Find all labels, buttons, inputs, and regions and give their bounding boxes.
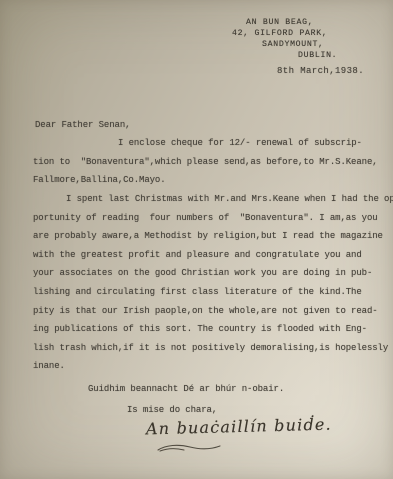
- letter-line: ing publications of this sort. The count…: [33, 324, 367, 335]
- signature-flourish: [156, 443, 222, 453]
- letter-line: portunity of reading four numbers of "Bo…: [33, 213, 378, 224]
- salutation: Dear Father Senan,: [35, 120, 130, 131]
- letter-line: are probably aware,a Methodist by religi…: [33, 231, 383, 242]
- letterhead-line: DUBLIN.: [298, 50, 337, 61]
- signature: An buaċaillín buiḋe.: [146, 416, 332, 439]
- letter-photo: AN BUN BEAG, 42, GILFORD PARK, SANDYMOUN…: [0, 0, 393, 479]
- letterhead-line: SANDYMOUNT,: [262, 39, 324, 50]
- letter-line: lishing and circulating first class lite…: [33, 287, 362, 298]
- letter-line: lish trash which,if it is not positively…: [33, 343, 388, 354]
- closing-blessing: Guidhim beannacht Dé ar bhúr n-obair.: [88, 384, 284, 395]
- letter-line: I enclose cheque for 12/- renewal of sub…: [118, 138, 362, 149]
- letter-line: tion to "Bonaventura",which please send,…: [33, 157, 378, 168]
- letter-date: 8th March,1938.: [277, 66, 364, 77]
- letterhead-line: AN BUN BEAG,: [246, 17, 313, 28]
- letter-line: inane.: [33, 361, 65, 372]
- letter-line: with the greatest profit and pleasure an…: [33, 250, 362, 261]
- letterhead-line: 42, GILFORD PARK,: [232, 28, 327, 39]
- letter-line: pity is that our Irish paople,on the who…: [33, 306, 378, 317]
- letter-line: Fallmore,Ballina,Co.Mayo.: [33, 175, 166, 186]
- closing-valediction: Is mise do chara,: [127, 405, 217, 416]
- letter-line: your associates on the good Christian wo…: [33, 268, 372, 279]
- letter-line: I spent last Christmas with Mr.and Mrs.K…: [66, 194, 393, 205]
